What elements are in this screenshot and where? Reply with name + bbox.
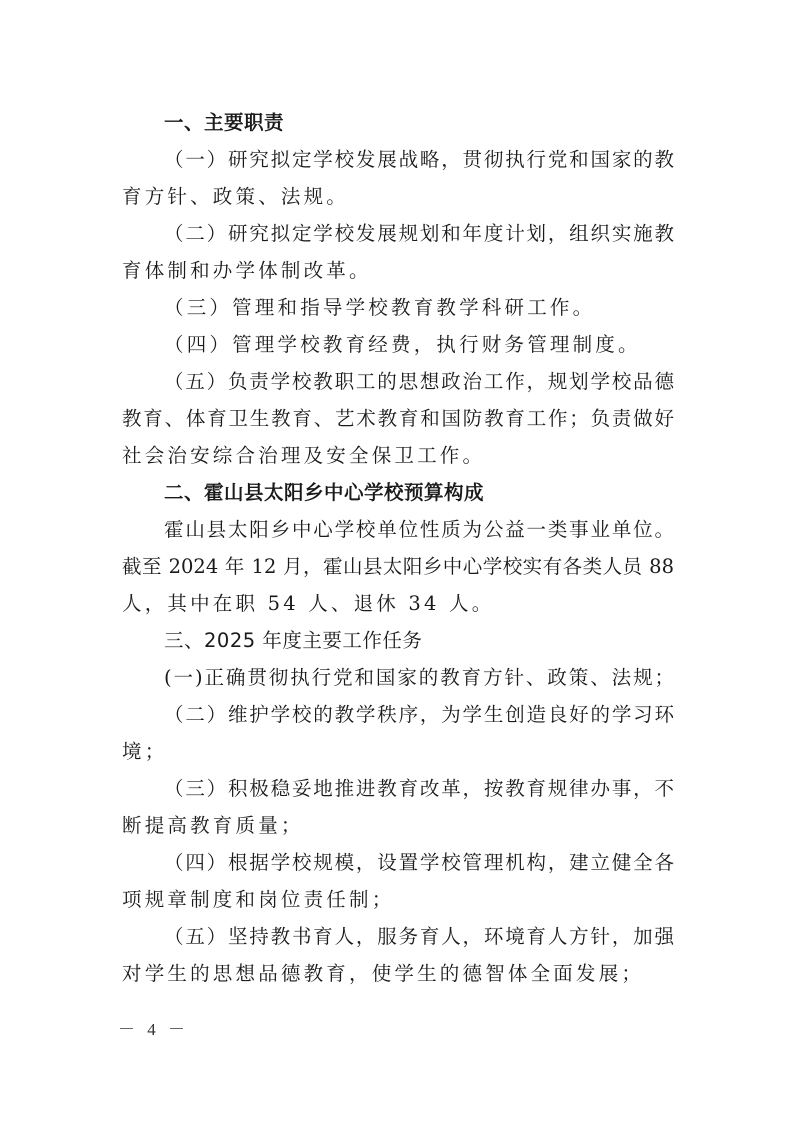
- paragraph-line: （二）维护学校的教学秩序，为学生创造良好的学习环: [122, 696, 674, 733]
- paragraph-line: （四）管理学校教育经费，执行财务管理制度。: [122, 326, 674, 363]
- paragraph-line: 截至 2024 年 12 月，霍山县太阳乡中心学校实有各类人员 88: [122, 548, 674, 585]
- document-page: 一、主要职责 （一）研究拟定学校发展战略，贯彻执行党和国家的教 育方针、政策、法…: [122, 104, 674, 992]
- paragraph-line: 项规章制度和岗位责任制；: [122, 881, 674, 918]
- section-heading: 三、2025 年度主要工作任务: [122, 622, 674, 659]
- paragraph-line: 境；: [122, 733, 674, 770]
- section-heading: 二、霍山县太阳乡中心学校预算构成: [122, 474, 674, 511]
- paragraph-line: 断提高教育质量；: [122, 807, 674, 844]
- paragraph-line: （五）坚持教书育人，服务育人，环境育人方针，加强: [122, 918, 674, 955]
- paragraph-line: 人，其中在职 54 人、退休 34 人。: [122, 585, 674, 622]
- paragraph-line: 教育、体育卫生教育、艺术教育和国防教育工作；负责做好: [122, 400, 674, 437]
- paragraph-line: （三）管理和指导学校教育教学科研工作。: [122, 289, 674, 326]
- section-heading: 一、主要职责: [122, 104, 674, 141]
- paragraph-line: 霍山县太阳乡中心学校单位性质为公益一类事业单位。: [122, 511, 674, 548]
- paragraph-line: （二）研究拟定学校发展规划和年度计划，组织实施教: [122, 215, 674, 252]
- paragraph-line: （五）负责学校教职工的思想政治工作，规划学校品德: [122, 363, 674, 400]
- paragraph-line: (一)正确贯彻执行党和国家的教育方针、政策、法规；: [122, 659, 674, 696]
- paragraph-line: 育方针、政策、法规。: [122, 178, 674, 215]
- paragraph-line: （四）根据学校规模，设置学校管理机构，建立健全各: [122, 844, 674, 881]
- paragraph-line: （三）积极稳妥地推进教育改革，按教育规律办事，不: [122, 770, 674, 807]
- paragraph-line: 对学生的思想品德教育，使学生的德智体全面发展；: [122, 955, 674, 992]
- page-number: － 4 －: [118, 1015, 189, 1040]
- paragraph-line: （一）研究拟定学校发展战略，贯彻执行党和国家的教: [122, 141, 674, 178]
- paragraph-line: 社会治安综合治理及安全保卫工作。: [122, 437, 674, 474]
- paragraph-line: 育体制和办学体制改革。: [122, 252, 674, 289]
